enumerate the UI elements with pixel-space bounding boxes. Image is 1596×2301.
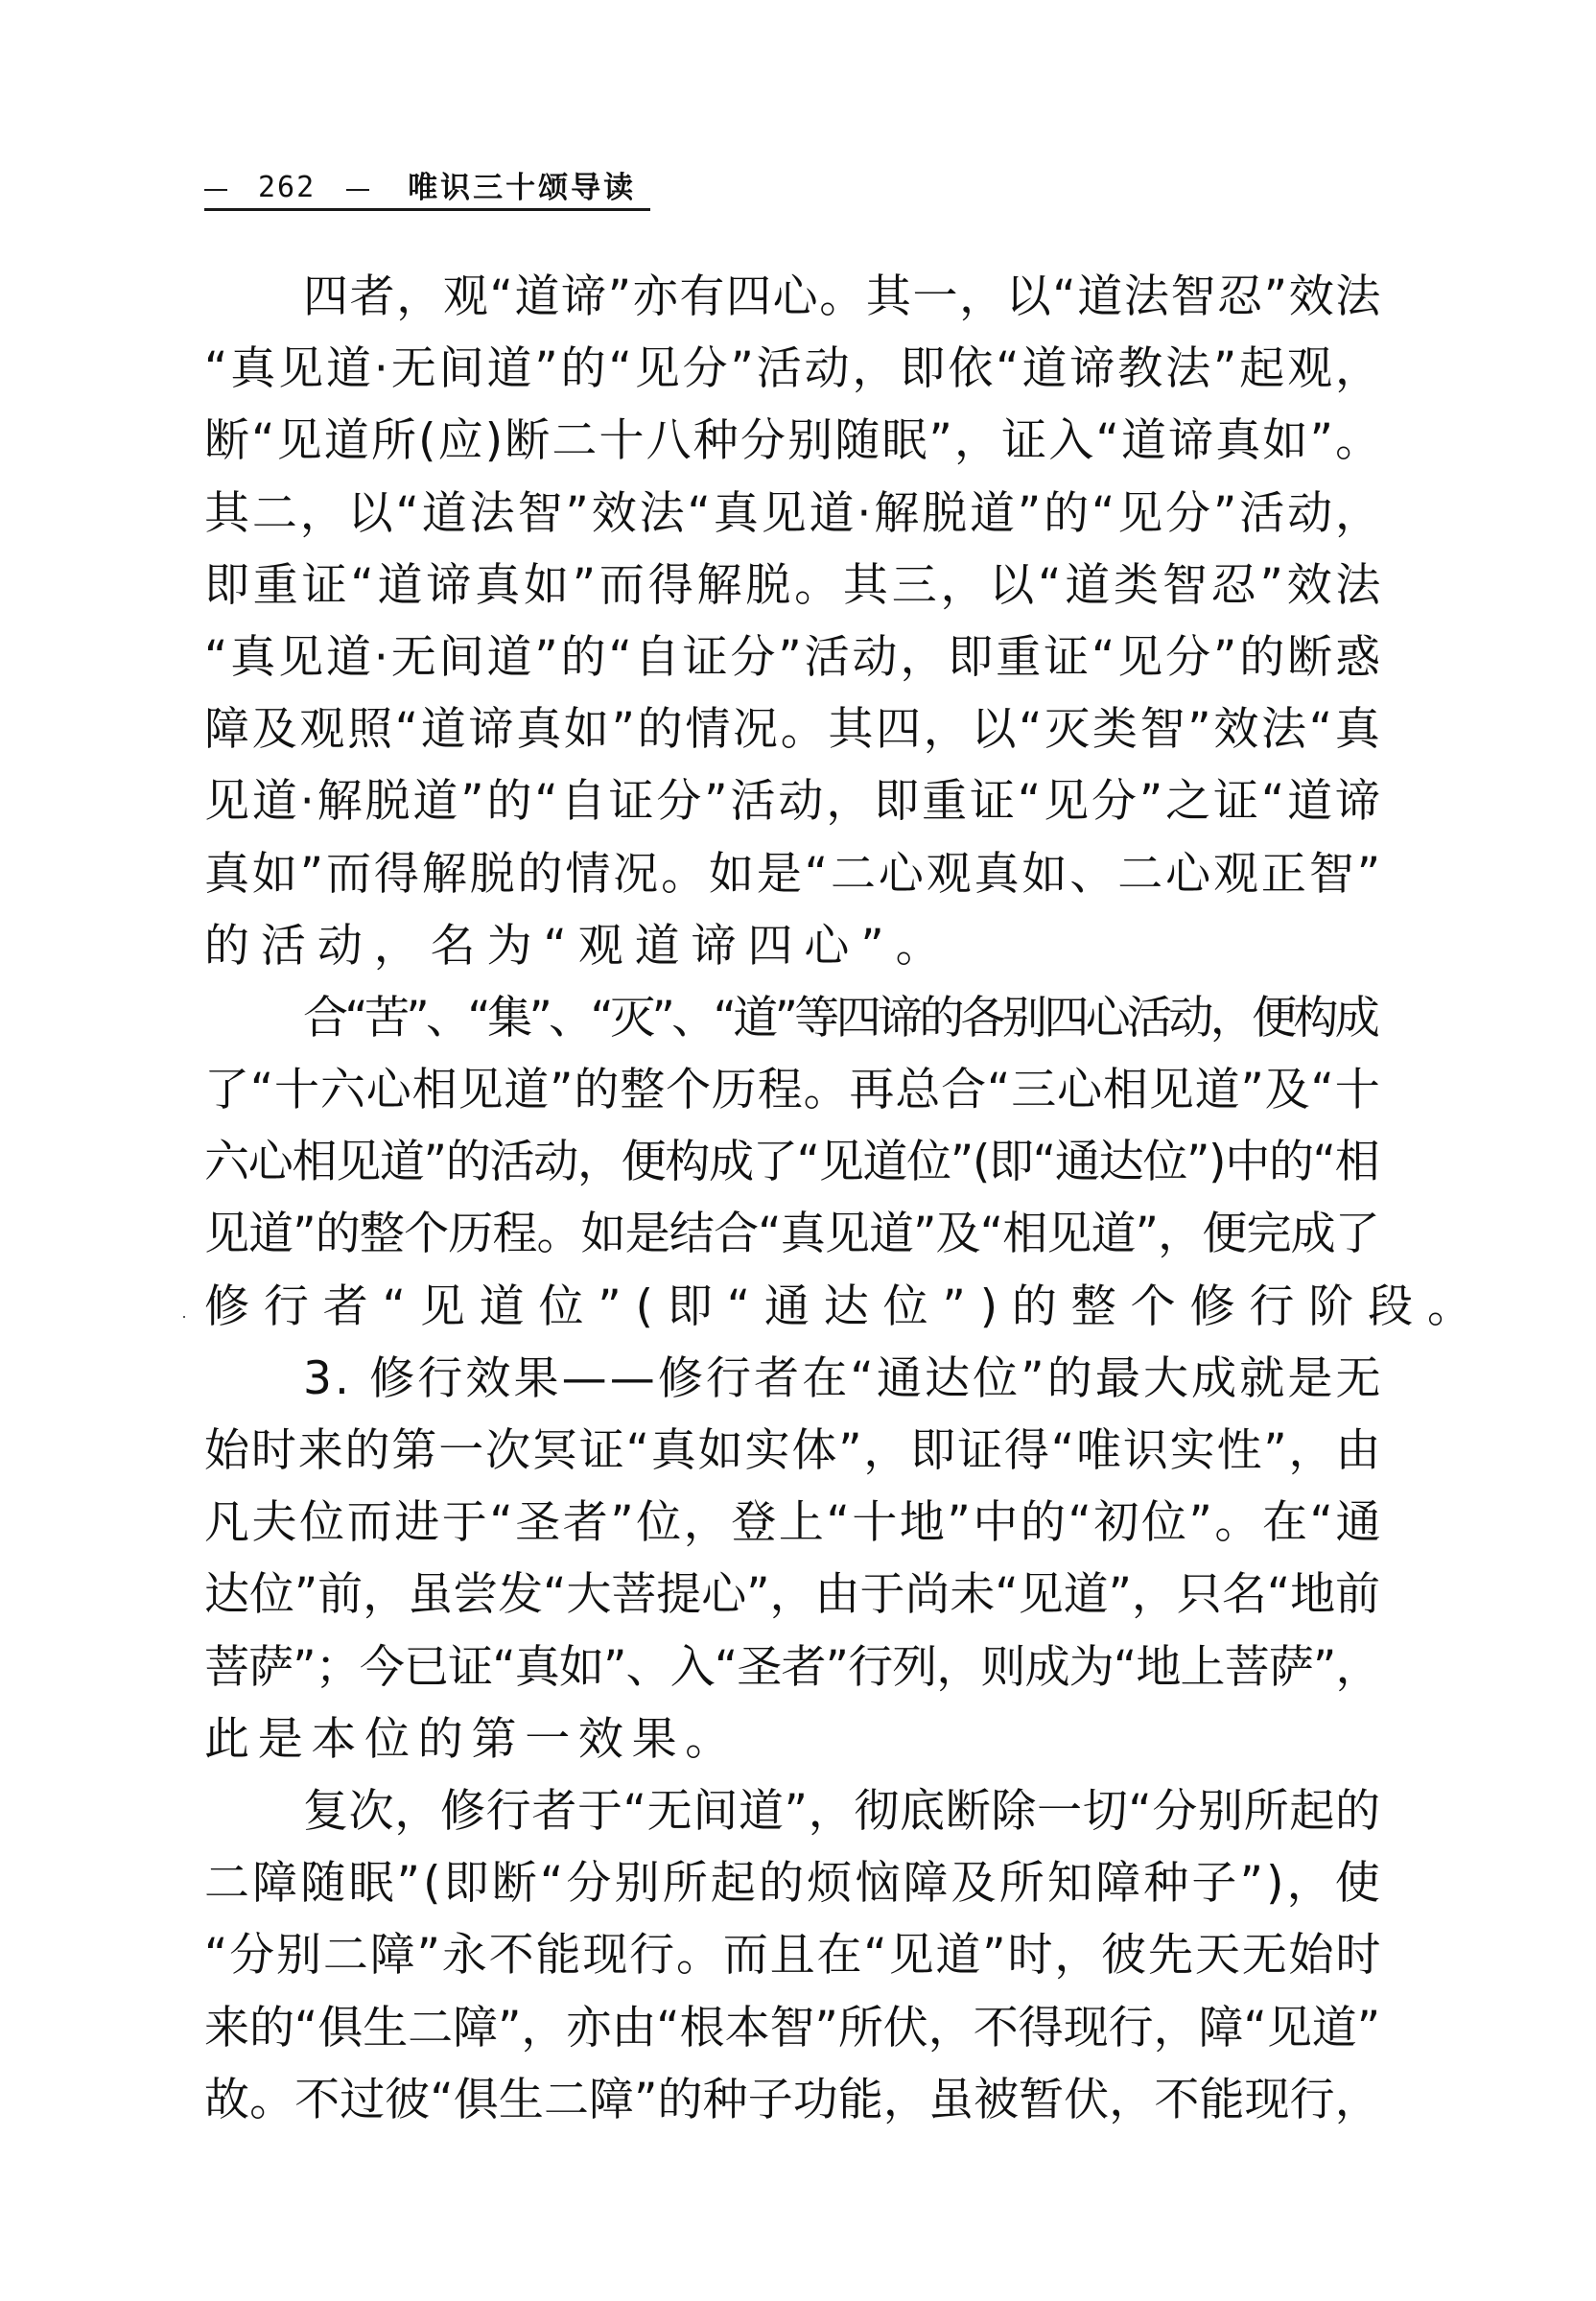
text-line: 复次，修行者于“无间道”，彻底断除一切“分别所起的	[204, 1783, 1380, 1855]
text-line: 来的“俱生二障”，亦由“根本智”所伏，不得现行，障“见道”	[204, 2000, 1380, 2072]
text-line: 二障随眠”(即断“分别所起的烦恼障及所知障种子”)，使	[204, 1855, 1380, 1927]
text-line: 3. 修行效果——修行者在“通达位”的最大成就是无	[204, 1350, 1380, 1422]
text-line: 障及观照“道谛真如”的情况。其四，以“灭类智”效法“真	[204, 701, 1380, 773]
paragraph: 复次，修行者于“无间道”，彻底断除一切“分别所起的 二障随眠”(即断“分别所起的…	[204, 1783, 1380, 2144]
text-line: 了“十六心相见道”的整个历程。再总合“三心相见道”及“十	[204, 1062, 1380, 1134]
text-line: 见道·解脱道”的“自证分”活动，即重证“见分”之证“道谛	[204, 773, 1380, 845]
text-line: “真见道·无间道”的“见分”活动，即依“道谛教法”起观，	[204, 340, 1380, 412]
text-line: 达位”前，虽尝发“大菩提心”，由于尚未“见道”，只名“地前	[204, 1566, 1380, 1638]
scan-speck	[183, 1316, 185, 1318]
text-line: 断“见道所(应)断二十八种分别随眠”，证入“道谛真如”。	[204, 412, 1380, 484]
header-dash-right	[346, 189, 369, 191]
text-line: 菩萨”；今已证“真如”、入“圣者”行列，则成为“地上菩萨”，	[204, 1639, 1380, 1711]
book-title: 唯识三十颂导读	[408, 172, 636, 204]
text-line: “分别二障”永不能现行。而且在“见道”时，彼先天无始时	[204, 1927, 1380, 1999]
page-number: 262	[258, 172, 316, 204]
text-line: 始时来的第一次冥证“真如实体”，即证得“唯识实性”，由	[204, 1422, 1380, 1494]
text-line: 真如”而得解脱的情况。如是“二心观真如、二心观正智”	[204, 846, 1380, 918]
header-dash-left	[204, 189, 227, 191]
text-line: 此是本位的第一效果。	[204, 1711, 1380, 1783]
paragraph: 四者，观“道谛”亦有四心。其一，以“道法智忍”效法 “真见道·无间道”的“见分”…	[204, 269, 1380, 990]
paragraph: 3. 修行效果——修行者在“通达位”的最大成就是无 始时来的第一次冥证“真如实体…	[204, 1350, 1380, 1783]
text-line: 六心相见道”的活动，便构成了“见道位”(即“通达位”)中的“相	[204, 1134, 1380, 1206]
text-line: 四者，观“道谛”亦有四心。其一，以“道法智忍”效法	[204, 269, 1380, 340]
text-line: 凡夫位而进于“圣者”位，登上“十地”中的“初位”。在“通	[204, 1494, 1380, 1566]
text-line: 修行者“见道位”(即“通达位”)的整个修行阶段。	[204, 1279, 1380, 1350]
running-header: 262 唯识三十颂导读	[204, 173, 650, 211]
text-line: 合“苦”、“集”、“灭”、“道”等四谛的各别四心活动，便构成	[204, 990, 1380, 1062]
text-line: 故。不过彼“俱生二障”的种子功能，虽被暂伏，不能现行，	[204, 2072, 1380, 2144]
text-line: “真见道·无间道”的“自证分”活动，即重证“见分”的断惑	[204, 629, 1380, 701]
text-line: 见道”的整个历程。如是结合“真见道”及“相见道”，便完成了	[204, 1206, 1380, 1278]
body-text: 四者，观“道谛”亦有四心。其一，以“道法智忍”效法 “真见道·无间道”的“见分”…	[204, 269, 1380, 2144]
text-line: 即重证“道谛真如”而得解脱。其三，以“道类智忍”效法	[204, 557, 1380, 629]
text-line: 的活动，名为“观道谛四心”。	[204, 918, 1380, 990]
paragraph: 合“苦”、“集”、“灭”、“道”等四谛的各别四心活动，便构成 了“十六心相见道”…	[204, 990, 1380, 1350]
text-line: 其二，以“道法智”效法“真见道·解脱道”的“见分”活动，	[204, 485, 1380, 557]
